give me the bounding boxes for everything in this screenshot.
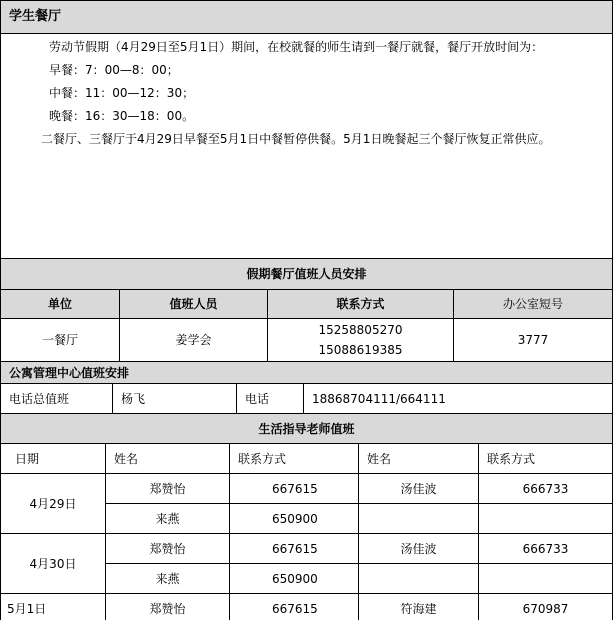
cell-name-2: 汤佳波 [359, 534, 479, 564]
cell-phone-1: 667615 [230, 474, 359, 504]
notice-closure: 二餐厅、三餐厅于4月29日早餐至5月1日中餐暂停供餐。5月1日晚餐起三个餐厅恢复… [1, 128, 612, 151]
col-header-office-short: 办公室短号 [454, 290, 613, 319]
cell-phone-2: 670987 [479, 594, 613, 620]
col-header-contact-1: 联系方式 [230, 444, 359, 474]
cell-phone-1: 650900 [230, 504, 359, 534]
col-header-contact: 联系方式 [268, 290, 454, 319]
col-header-name-2: 姓名 [359, 444, 479, 474]
duty-schedule-page: 学生餐厅 劳动节假期（4月29日至5月1日）期间，在校就餐的师生请到一餐厅就餐，… [0, 0, 613, 620]
table-row: 4月29日 郑赞怡 667615 汤佳波 666733 [1, 474, 613, 504]
cell-phone-1: 667615 [230, 534, 359, 564]
cell-phone-1: 667615 [230, 594, 359, 620]
cell-office-short: 3777 [454, 319, 613, 362]
table-row: 5月1日 郑赞怡 667615 符海建 670987 [1, 594, 613, 620]
apartment-duty-title: 公寓管理中心值班安排 [1, 362, 613, 384]
notice-dinner: 晚餐：16：30—18：00。 [1, 105, 612, 128]
col-header-contact-2: 联系方式 [479, 444, 613, 474]
cell-staff: 姜学会 [120, 319, 268, 362]
cell-duty-name: 杨飞 [113, 384, 237, 414]
phone-2: 15088619385 [268, 340, 453, 360]
canteen-notice-body: 劳动节假期（4月29日至5月1日）期间，在校就餐的师生请到一餐厅就餐，餐厅开放时… [1, 34, 613, 259]
cell-name-1: 郑赞怡 [106, 594, 230, 620]
cell-name-2: 符海建 [359, 594, 479, 620]
life-guidance-table: 生活指导老师值班 日期 姓名 联系方式 姓名 联系方式 4月29日 郑赞怡 66… [0, 413, 613, 620]
cell-name-1: 郑赞怡 [106, 474, 230, 504]
table-row: 4月30日 郑赞怡 667615 汤佳波 666733 [1, 534, 613, 564]
cell-name-1: 来燕 [106, 564, 230, 594]
cell-phones: 15258805270 15088619385 [268, 319, 454, 362]
cell-name-2 [359, 504, 479, 534]
cell-phone-2 [479, 504, 613, 534]
cell-name-2: 汤佳波 [359, 474, 479, 504]
apartment-duty-table: 公寓管理中心值班安排 电话总值班 杨飞 电话 18868704111/66411… [0, 361, 613, 414]
cell-phone-2 [479, 564, 613, 594]
canteen-duty-table: 假期餐厅值班人员安排 单位 值班人员 联系方式 办公室短号 一餐厅 姜学会 15… [0, 258, 613, 362]
col-header-name-1: 姓名 [106, 444, 230, 474]
cell-phone-label: 电话 [237, 384, 304, 414]
cell-date: 4月29日 [1, 474, 106, 534]
cell-name-1: 来燕 [106, 504, 230, 534]
life-guidance-title: 生活指导老师值班 [1, 414, 613, 444]
cell-unit: 一餐厅 [1, 319, 120, 362]
col-header-unit: 单位 [1, 290, 120, 319]
cell-duty-phone: 18868704111/664111 [304, 384, 613, 414]
notice-breakfast: 早餐：7：00—8：00； [1, 59, 612, 82]
cell-name-1: 郑赞怡 [106, 534, 230, 564]
notice-lunch: 中餐：11：00—12：30； [1, 82, 612, 105]
cell-date: 4月30日 [1, 534, 106, 594]
canteen-title: 学生餐厅 [1, 1, 613, 34]
cell-phone-2: 666733 [479, 474, 613, 504]
col-header-staff: 值班人员 [120, 290, 268, 319]
notice-intro: 劳动节假期（4月29日至5月1日）期间，在校就餐的师生请到一餐厅就餐，餐厅开放时… [1, 34, 612, 59]
cell-name-2 [359, 564, 479, 594]
canteen-duty-title: 假期餐厅值班人员安排 [1, 259, 613, 290]
phone-1: 15258805270 [268, 320, 453, 340]
canteen-notice-table: 学生餐厅 劳动节假期（4月29日至5月1日）期间，在校就餐的师生请到一餐厅就餐，… [0, 0, 613, 259]
col-header-date: 日期 [1, 444, 106, 474]
cell-date: 5月1日 [1, 594, 106, 620]
cell-phone-1: 650900 [230, 564, 359, 594]
cell-phone-2: 666733 [479, 534, 613, 564]
cell-duty-label: 电话总值班 [1, 384, 113, 414]
